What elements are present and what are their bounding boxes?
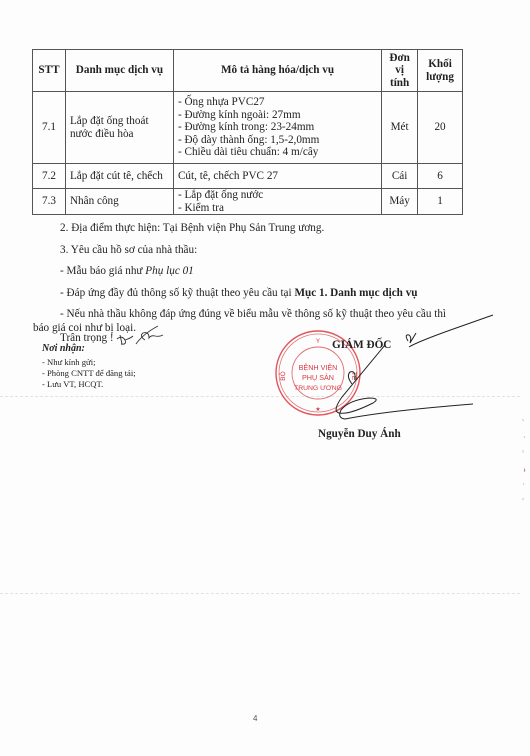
page-number: 4 xyxy=(253,714,257,723)
signer-name: Nguyễn Duy Ánh xyxy=(318,428,401,440)
stamp-line: BỆNH VIỆN xyxy=(299,363,338,372)
stamp-bleed-marks xyxy=(522,419,525,500)
stamp-and-signatures: Y BỘ TẾ BỆNH VIỆN PHỤ SẢN TRUNG ƯƠNG ★ xyxy=(0,0,530,756)
stamp-ring-top: Y xyxy=(316,339,320,345)
stamp-line: TRUNG ƯƠNG xyxy=(294,385,342,392)
director-title: GIÁM ĐỐC xyxy=(332,339,391,351)
stamp-star-icon: ★ xyxy=(315,406,320,413)
stamp-line: PHỤ SẢN xyxy=(302,373,334,382)
stamp-ring-left: BỘ xyxy=(278,371,287,380)
document-page: STT Danh mục dịch vụ Mô tả hàng hóa/dịch… xyxy=(0,0,530,756)
initials-signature-icon xyxy=(117,326,163,344)
